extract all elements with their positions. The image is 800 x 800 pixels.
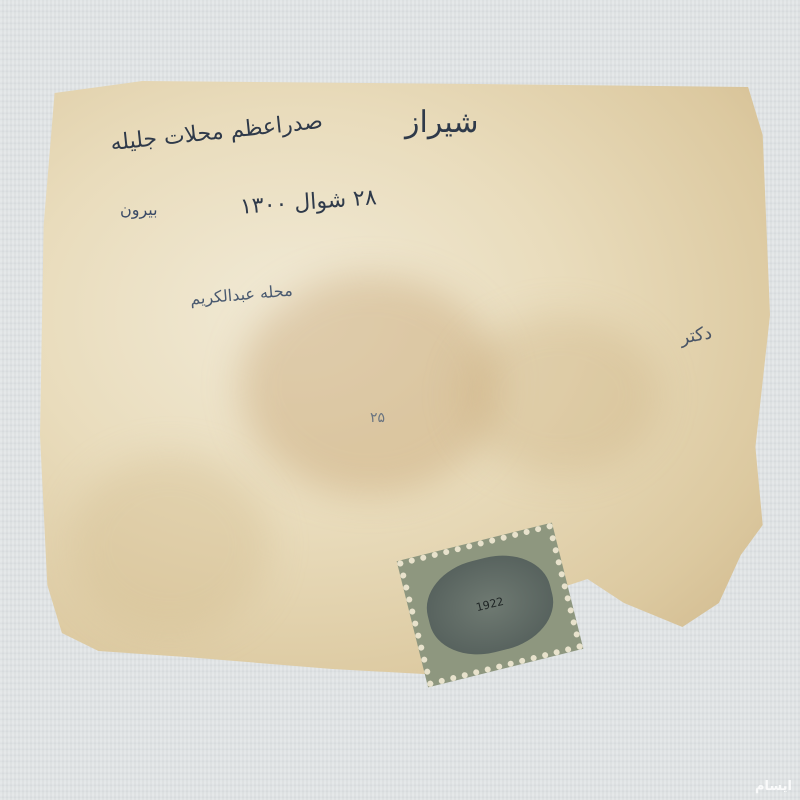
water-stain (70, 455, 270, 635)
water-stain (460, 315, 660, 475)
handwriting-line: بیرون (120, 200, 158, 219)
stamp-portrait: 1922 (418, 544, 563, 666)
stamp-overprint: 1922 (475, 595, 505, 614)
city-heading: شیراز (405, 105, 479, 140)
handwriting-line: ۲۵ (370, 410, 385, 426)
watermark-logo: ایسام (755, 779, 792, 794)
